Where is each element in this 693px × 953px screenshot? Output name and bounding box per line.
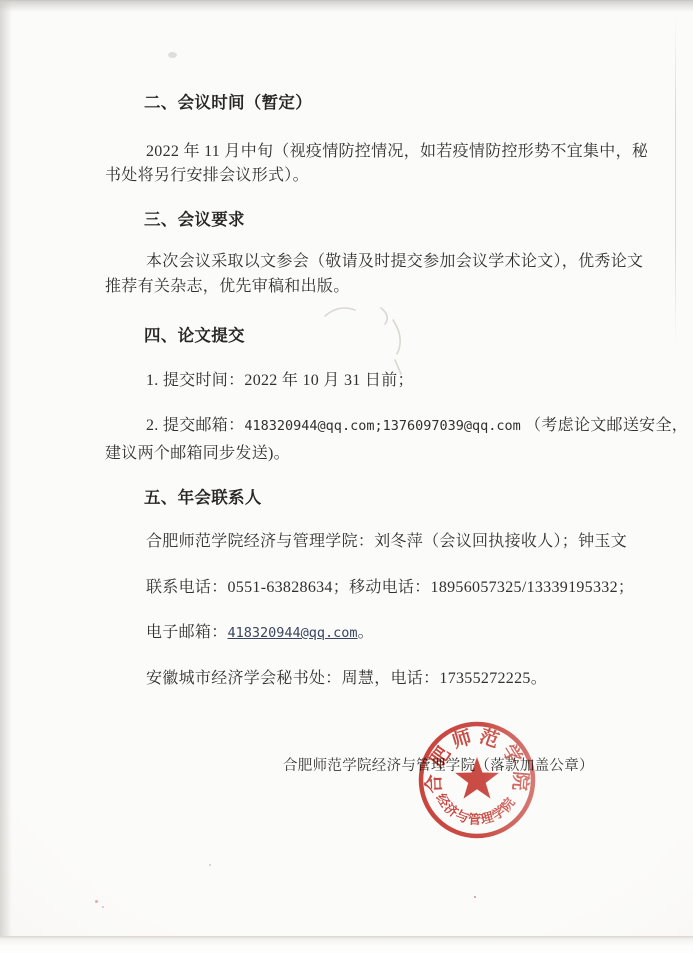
submission-emails: 418320944@qq.com;1376097039@qq.com xyxy=(244,418,520,434)
doc-line: 1. 提交时间：2022 年 10 月 31 日前； xyxy=(146,371,414,390)
paper-sheet xyxy=(0,0,693,939)
doc-line: 联系电话：0551-63828634；移动电话：18956057325/1333… xyxy=(146,578,634,597)
heading-contacts: 五、年会联系人 xyxy=(144,489,262,508)
doc-line: 本次会议采取以文参会（敬请及时提交参加会议学术论文），优秀论文 xyxy=(146,252,643,271)
scanned-page: 二、会议时间（暂定） 2022 年 11 月中旬（视疫情防控情况，如若疫情防控形… xyxy=(0,0,693,953)
doc-line: 推荐有关杂志，优先审稿和出版。 xyxy=(105,277,350,296)
doc-line: 书处将另行安排会议形式）。 xyxy=(105,166,309,185)
doc-line: 建议两个邮箱同步发送)。 xyxy=(105,444,290,463)
doc-line-email: 电子邮箱：418320944@qq.com。 xyxy=(146,623,374,643)
doc-line: 合肥师范学院经济与管理学院：刘冬萍（会议回执接收人）；钟玉文 xyxy=(146,532,627,551)
seal-inner-text: 经济与管理学院 xyxy=(433,791,518,827)
heading-meeting-time: 二、会议时间（暂定） xyxy=(144,94,312,113)
doc-line: 2022 年 11 月中旬（视疫情防控情况，如若疫情防控形势不宜集中，秘 xyxy=(146,142,648,161)
doc-line-submit-email: 2. 提交邮箱：418320944@qq.com;1376097039@qq.c… xyxy=(146,416,688,436)
heading-meeting-request: 三、会议要求 xyxy=(144,211,245,230)
doc-text: 。 xyxy=(358,624,374,641)
doc-text: （考虑论文邮送安全， xyxy=(521,417,688,434)
doc-text: 电子邮箱： xyxy=(146,624,228,641)
heading-paper-submission: 四、论文提交 xyxy=(144,327,245,346)
official-seal: 合肥师范学院 经济与管理学院 xyxy=(411,714,543,846)
email-link: 418320944@qq.com xyxy=(228,625,358,641)
doc-line: 安徽城市经济学会秘书处：周慧，电话：17355272225。 xyxy=(146,669,547,688)
seal-star-icon xyxy=(455,757,499,799)
doc-text: 2. 提交邮箱： xyxy=(146,417,244,434)
